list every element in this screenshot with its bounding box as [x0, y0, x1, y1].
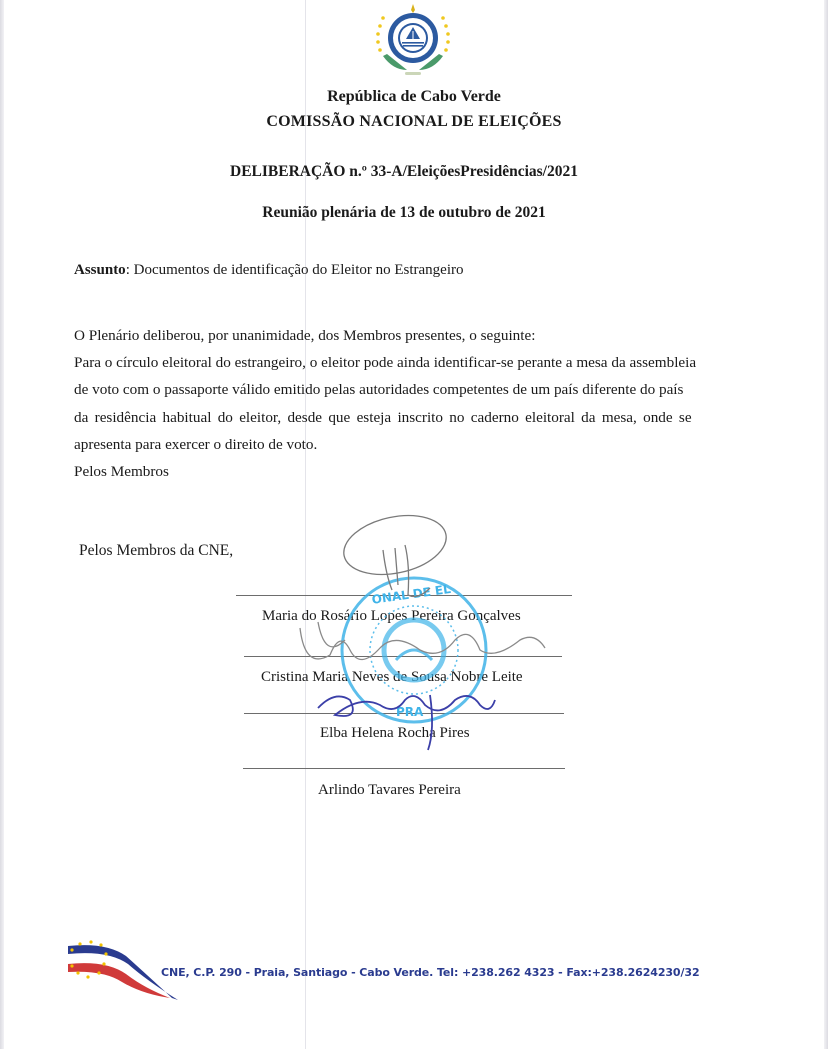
body-decision-line: apresenta para exercer o direito de voto… — [74, 431, 772, 458]
signatory-name: Elba Helena Rocha Pires — [320, 725, 470, 742]
republic-heading: República de Cabo Verde — [0, 88, 828, 106]
commission-heading: COMISSÃO NACIONAL DE ELEIÇÕES — [0, 113, 828, 131]
signature-line — [243, 768, 565, 769]
page-fold-line — [305, 0, 306, 1049]
signatory-name: Maria do Rosário Lopes Pereira Gonçalves — [262, 608, 521, 625]
body-decision-line: de voto com o passaporte válido emitido … — [74, 376, 772, 403]
deliberation-body: O Plenário deliberou, por unanimidade, d… — [74, 322, 772, 485]
subject-text: : Documentos de identificação do Eleitor… — [126, 262, 464, 278]
signatory-name: Arlindo Tavares Pereira — [318, 782, 461, 799]
body-intro: O Plenário deliberou, por unanimidade, d… — [74, 322, 772, 349]
page-edge-right — [824, 0, 828, 1049]
document-page — [4, 0, 824, 1049]
signature-line — [244, 656, 562, 657]
subject-label: Assunto — [74, 262, 126, 278]
signature-line — [236, 595, 572, 596]
signature-line — [244, 713, 564, 714]
deliberation-title: DELIBERAÇÃO n.º 33-A/EleiçõesPresidência… — [0, 163, 818, 181]
signatory-name: Cristina Maria Neves de Sousa Nobre Leit… — [261, 669, 523, 686]
body-closing: Pelos Membros — [74, 458, 772, 485]
body-decision-line: da residência habitual do eleitor, desde… — [74, 404, 772, 431]
footer-contact: CNE, C.P. 290 - Praia, Santiago - Cabo V… — [161, 966, 700, 979]
signatures-intro: Pelos Membros da CNE, — [79, 542, 233, 560]
body-decision-line: Para o círculo eleitoral do estrangeiro,… — [74, 349, 772, 376]
meeting-date: Reunião plenária de 13 de outubro de 202… — [0, 204, 818, 222]
subject-line: Assunto: Documentos de identificação do … — [74, 262, 464, 279]
coat-of-arms-icon — [361, 4, 465, 80]
